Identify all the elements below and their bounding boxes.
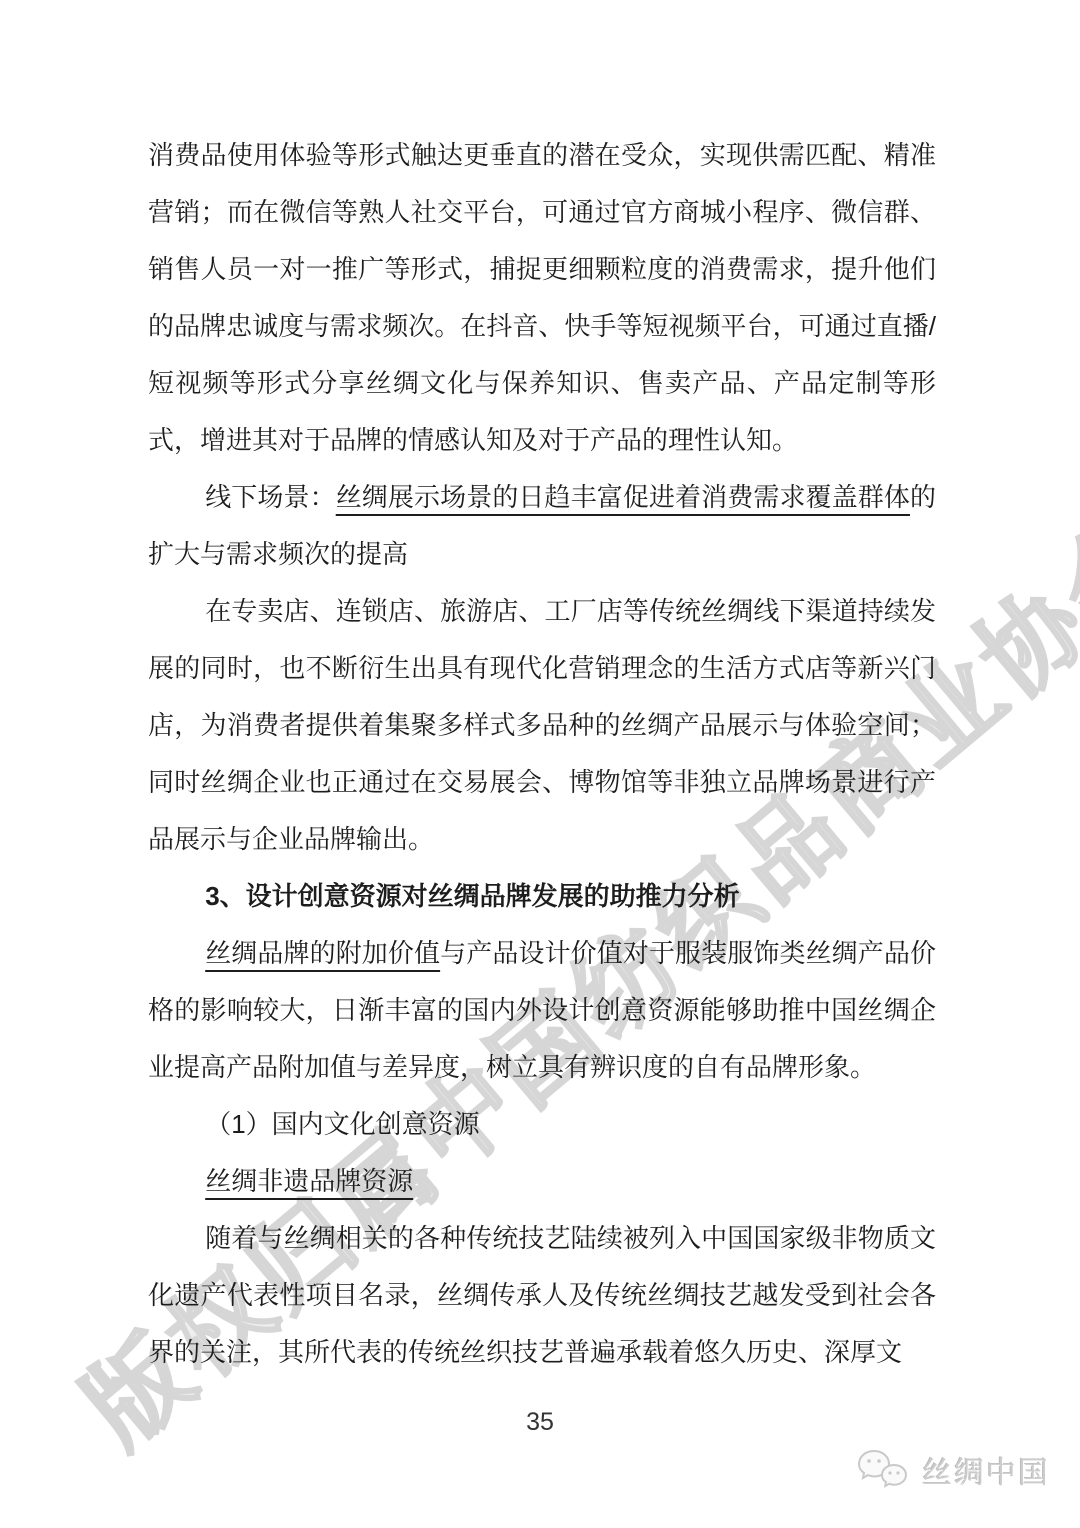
brand-name: 丝绸中国 <box>922 1448 1050 1492</box>
paragraph-stores: 在专卖店、连锁店、旅游店、工厂店等传统丝绸线下渠道持续发展的同时，也不断衍生出具… <box>148 583 936 868</box>
underlined-text: 丝绸品牌的附加价值 <box>205 938 440 968</box>
subsection-heading-domestic-resources: （1）国内文化创意资源 <box>148 1096 936 1153</box>
section-heading: 3、设计创意资源对丝绸品牌发展的助推力分析 <box>148 868 936 925</box>
subheading-intangible-heritage: 丝绸非遗品牌资源 <box>148 1153 936 1210</box>
wechat-icon <box>856 1448 910 1492</box>
paragraph-brand-value: 丝绸品牌的附加价值与产品设计价值对于服装服饰类丝绸产品价格的影响较大，日渐丰富的… <box>148 925 936 1096</box>
page-number: 35 <box>0 1408 1080 1437</box>
paragraph-online-channels: 消费品使用体验等形式触达更垂直的潜在受众，实现供需匹配、精准营销；而在微信等熟人… <box>148 127 936 469</box>
paragraph-heritage: 随着与丝绸相关的各种传统技艺陆续被列入中国国家级非物质文化遗产代表性项目名录，丝… <box>148 1210 936 1381</box>
underlined-text: 丝绸展示场景的日趋丰富促进着消费需求覆盖群体 <box>336 482 910 512</box>
brand-footer: 丝绸中国 <box>856 1448 1050 1492</box>
document-page: 版权归属中国纺织品商业协会 消费品使用体验等形式触达更垂直的潜在受众，实现供需匹… <box>0 0 1080 1528</box>
paragraph-offline-scene: 线下场景：丝绸展示场景的日趋丰富促进着消费需求覆盖群体的扩大与需求频次的提高 <box>148 469 936 583</box>
paragraph-text: 线下场景： <box>205 482 336 512</box>
page-content: 消费品使用体验等形式触达更垂直的潜在受众，实现供需匹配、精准营销；而在微信等熟人… <box>148 127 936 1381</box>
underlined-text: 丝绸非遗品牌资源 <box>205 1166 413 1196</box>
